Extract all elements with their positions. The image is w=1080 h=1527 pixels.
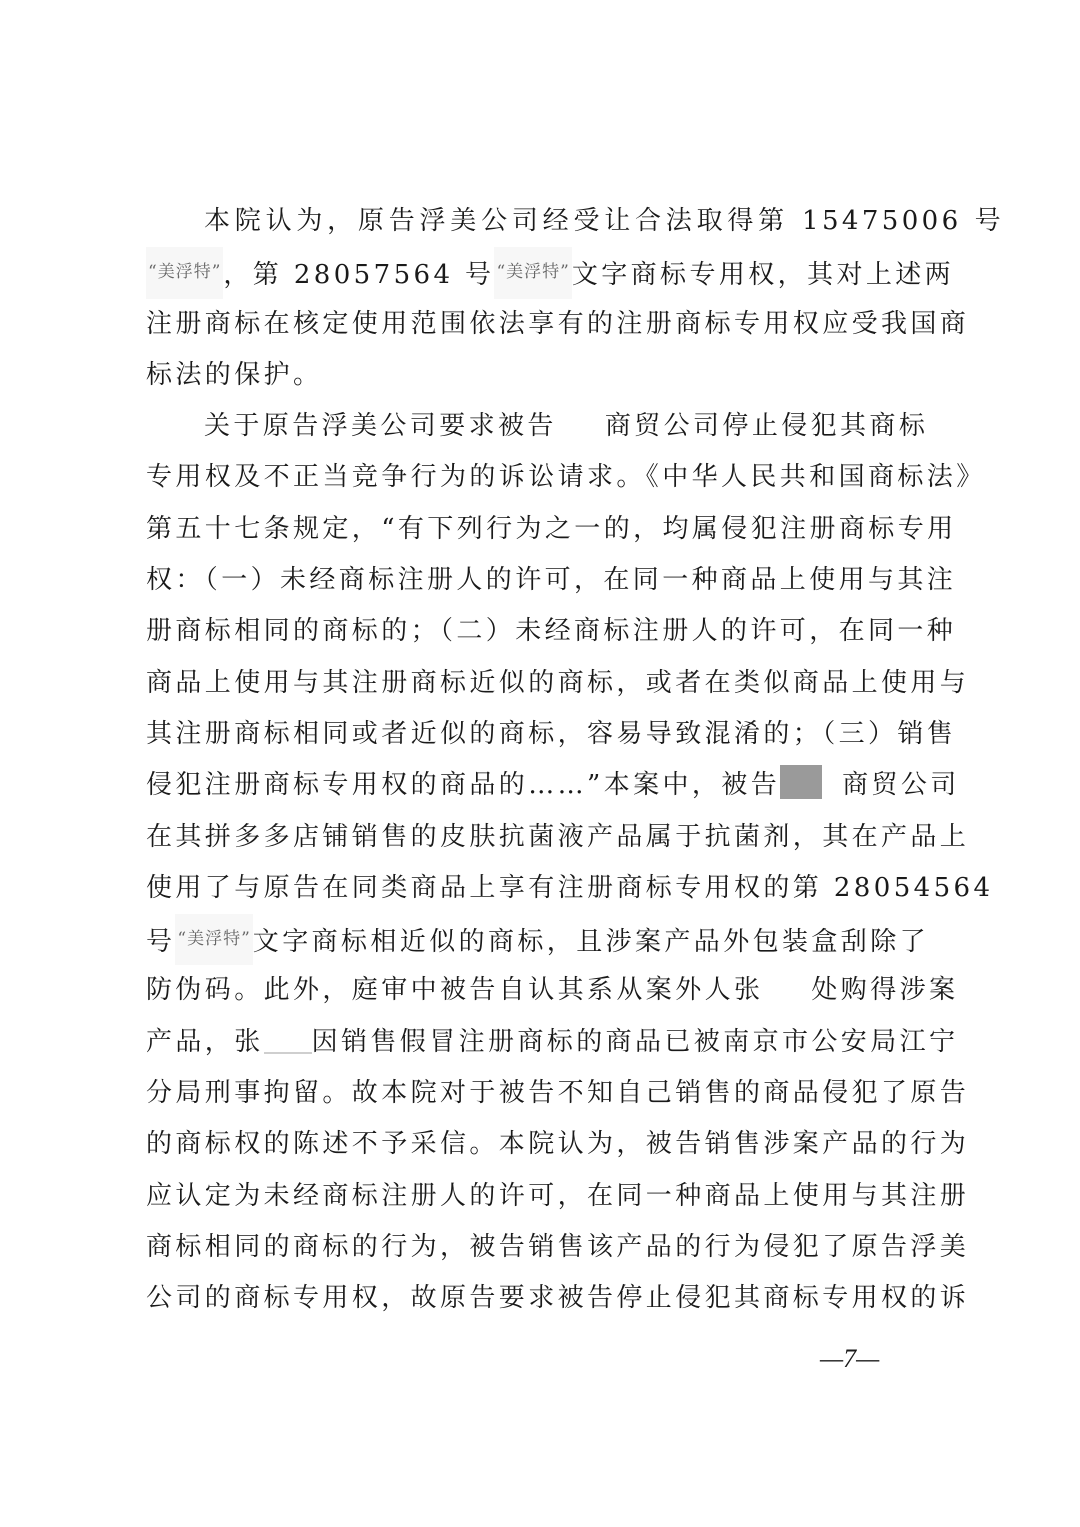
redaction-blank: [763, 972, 811, 1002]
text-fragment: 商贸公司: [842, 770, 960, 800]
text-fragment: 文字商标相近似的商标，且涉案产品外包装盒刮除了: [253, 927, 929, 957]
page-number: —7—: [820, 1344, 879, 1374]
redaction-box: [780, 765, 822, 799]
paragraph-2-line-12: 防伪码。此外，庭审中被告自认其系从案外人张处购得涉案: [146, 965, 946, 1016]
paragraph-2-line-7: 其注册商标相同或者近似的商标，容易导致混淆的；（三）销售: [146, 709, 946, 760]
paragraph-2-line-1: 关于原告浮美公司要求被告商贸公司停止侵犯其商标: [146, 401, 946, 452]
text-fragment: 侵犯注册商标专用权的商品的……”本案中，被告: [146, 770, 780, 800]
paragraph-2-line-9: 在其拼多多店铺销售的皮肤抗菌液产品属于抗菌剂，其在产品上: [146, 812, 946, 863]
trademark-image-2: “美浮特”: [494, 247, 571, 298]
paragraph-2-line-11: 号“美浮特”文字商标相近似的商标，且涉案产品外包装盒刮除了: [146, 914, 946, 965]
paragraph-1-line-3: 注册商标在核定使用范围依法享有的注册商标专用权应受我国商: [146, 299, 946, 350]
redaction-gap: [822, 767, 842, 797]
text-fragment: 号: [146, 927, 175, 957]
paragraph-2-line-6: 商品上使用与其注册商标近似的商标，或者在类似商品上使用与: [146, 658, 946, 709]
paragraph-2-line-3: 第五十七条规定，“有下列行为之一的，均属侵犯注册商标专用: [146, 504, 946, 555]
paragraph-2-line-4: 权：（一）未经商标注册人的许可，在同一种商品上使用与其注: [146, 555, 946, 606]
redaction-blank: [264, 1022, 312, 1054]
paragraph-1-line-4: 标法的保护。: [146, 350, 946, 401]
text-fragment: 文字商标专用权，其对上述两: [572, 260, 954, 290]
text-fragment: 产品，张: [146, 1027, 264, 1057]
paragraph-2-line-8: 侵犯注册商标专用权的商品的……”本案中，被告商贸公司: [146, 760, 946, 811]
text-fragment: 关于原告浮美公司要求被告: [204, 411, 557, 441]
paragraph-2-line-17: 商标相同的商标的行为，被告销售该产品的行为侵犯了原告浮美: [146, 1222, 946, 1273]
paragraph-2-line-13: 产品，张因销售假冒注册商标的商品已被南京市公安局江宁: [146, 1017, 946, 1068]
redaction-blank: [557, 408, 605, 438]
text-fragment: 商贸公司停止侵犯其商标: [605, 411, 928, 441]
trademark-image-3: “美浮特”: [175, 914, 252, 965]
paragraph-2-line-18: 公司的商标专用权，故原告要求被告停止侵犯其商标专用权的诉: [146, 1273, 946, 1324]
paragraph-2-line-5: 册商标相同的商标的；（二）未经商标注册人的许可，在同一种: [146, 606, 946, 657]
paragraph-2-line-15: 的商标权的陈述不予采信。本院认为，被告销售涉案产品的行为: [146, 1119, 946, 1170]
text-fragment: 防伪码。此外，庭审中被告自认其系从案外人张: [146, 975, 763, 1005]
paragraph-2-line-10: 使用了与原告在同类商品上享有注册商标专用权的第 28054564: [146, 863, 946, 914]
paragraph-1-line-1: 本院认为，原告浮美公司经受让合法取得第 15475006 号: [146, 196, 1004, 247]
text-fragment: 处购得涉案: [811, 975, 958, 1005]
document-page: 本院认为，原告浮美公司经受让合法取得第 15475006 号 “美浮特”，第 2…: [146, 196, 946, 1325]
text-fragment: 因销售假冒注册商标的商品已被南京市公安局江宁: [312, 1027, 959, 1057]
text-fragment: ，第 28057564 号: [223, 260, 494, 290]
trademark-image-1: “美浮特”: [146, 247, 223, 298]
paragraph-2-line-16: 应认定为未经商标注册人的许可，在同一种商品上使用与其注册: [146, 1171, 946, 1222]
paragraph-2-line-2: 专用权及不正当竞争行为的诉讼请求。《中华人民共和国商标法》: [146, 452, 946, 503]
paragraph-2-line-14: 分局刑事拘留。故本院对于被告不知自己销售的商品侵犯了原告: [146, 1068, 946, 1119]
paragraph-1-line-2: “美浮特”，第 28057564 号“美浮特”文字商标专用权，其对上述两: [146, 247, 946, 298]
